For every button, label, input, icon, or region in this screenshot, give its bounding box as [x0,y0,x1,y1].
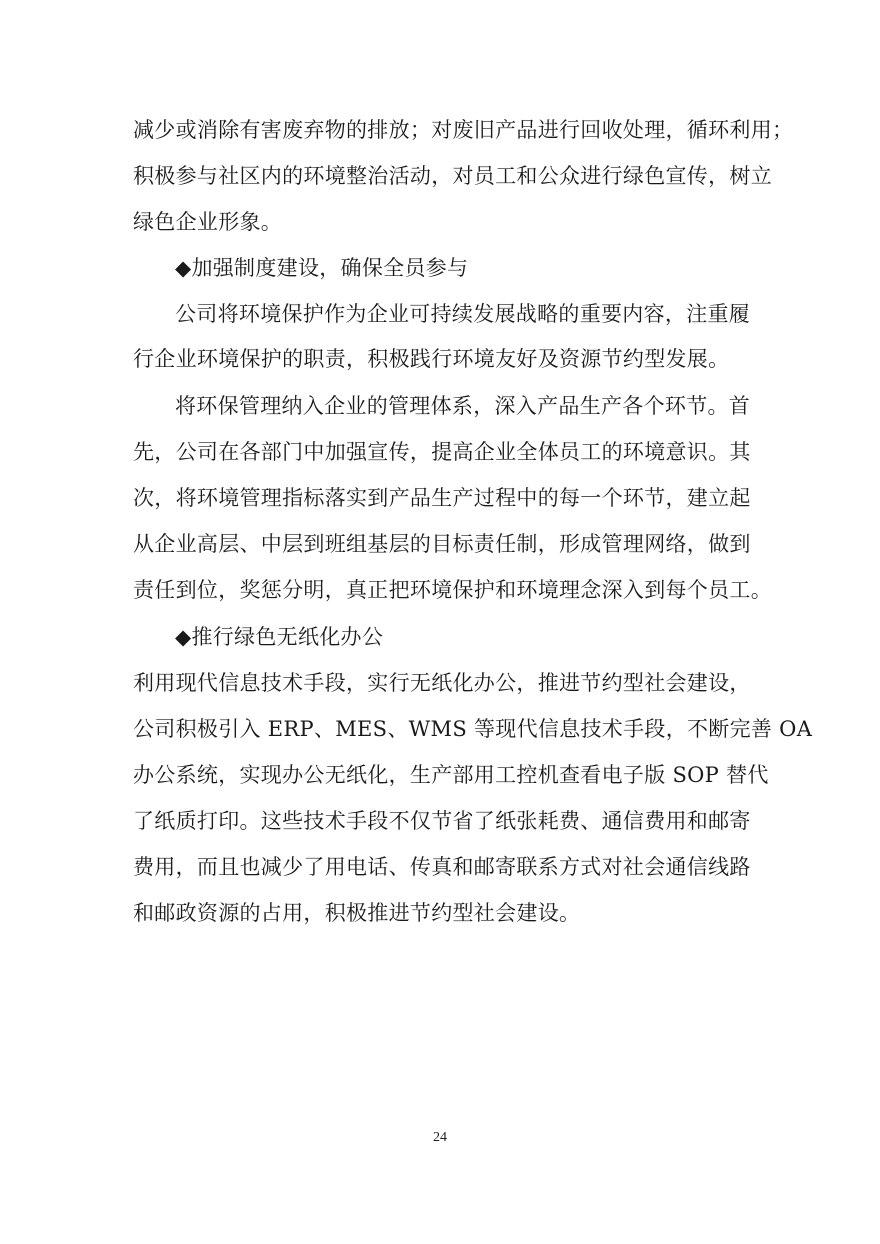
text-line: 和邮政资源的占用，积极推进节约型社会建设。 [133,898,753,928]
text-line: 从企业高层、中层到班组基层的目标责任制，形成管理网络，做到 [133,529,753,559]
text-line: 先，公司在各部门中加强宣传，提高企业全体员工的环境意识。其 [133,437,753,467]
section-heading: ◆推行绿色无纸化办公 [175,622,795,652]
text-line: 了纸质打印。这些技术手段不仅节省了纸张耗费、通信费用和邮寄 [133,806,753,836]
text-line: 将环保管理纳入企业的管理体系，深入产品生产各个环节。首 [175,391,795,421]
text-line: 减少或消除有害废弃物的排放；对废旧产品进行回收处理，循环利用； [133,115,753,145]
page-number: 24 [0,1130,880,1146]
text-line: 费用，而且也减少了用电话、传真和邮寄联系方式对社会通信线路 [133,852,753,882]
text-line: 责任到位，奖惩分明，真正把环境保护和环境理念深入到每个员工。 [133,575,753,605]
text-line: 次，将环境管理指标落实到产品生产过程中的每一个环节，建立起 [133,483,753,513]
text-line: 利用现代信息技术手段，实行无纸化办公，推进节约型社会建设， [133,668,753,698]
text-line: 积极参与社区内的环境整治活动，对员工和公众进行绿色宣传，树立 [133,161,753,191]
text-line: 公司将环境保护作为企业可持续发展战略的重要内容，注重履 [175,299,795,329]
text-line: 绿色企业形象。 [133,207,753,237]
text-line: 公司积极引入 ERP、MES、WMS 等现代信息技术手段，不断完善 OA [133,714,753,744]
section-heading: ◆加强制度建设，确保全员参与 [175,253,795,283]
document-page: 减少或消除有害废弃物的排放；对废旧产品进行回收处理，循环利用； 积极参与社区内的… [0,0,880,1244]
text-line: 行企业环境保护的职责，积极践行环境友好及资源节约型发展。 [133,344,753,374]
text-line: 办公系统，实现办公无纸化，生产部用工控机查看电子版 SOP 替代 [133,760,753,790]
